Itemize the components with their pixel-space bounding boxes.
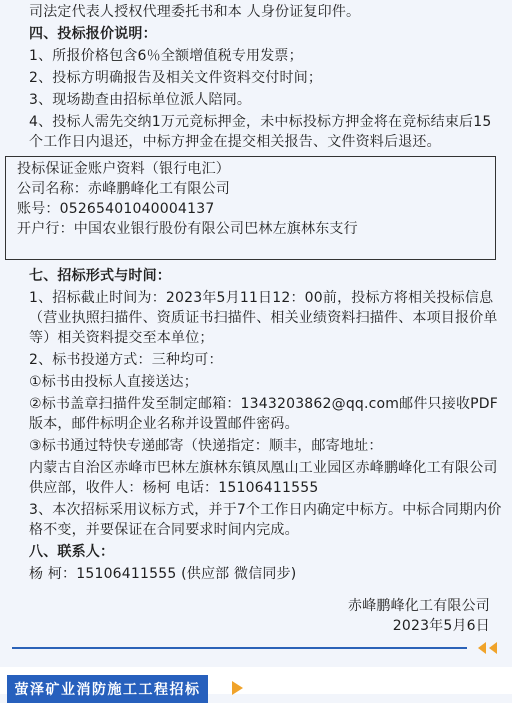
deposit-box-company: 公司名称：赤峰鹏峰化工有限公司 (17, 179, 485, 199)
section7-item-5: ③标书通过特快专递邮寄（快递指定：顺丰，邮寄地址： (29, 436, 504, 456)
tender-document: 司法定代表人授权代理委托书和本 人身份证复印件。 四、投标报价说明： 1、所报价… (0, 0, 512, 636)
deposit-account-box: 投标保证金账户资料（银行电汇） 公司名称：赤峰鹏峰化工有限公司 账号：05265… (5, 156, 496, 260)
section7-item-5-continued: 内蒙古自治区赤峰市巴林左旗林东镇凤凰山工业园区赤峰鹏峰化工有限公司供应部，收件人… (29, 458, 504, 498)
section4-item-4: 4、投标人需先交纳1万元竞标押金，未中标投标方押金将在竞标结束后15个工作日内退… (29, 112, 504, 152)
section4-item-1: 1、所报价格包含6％全额增值税专用发票； (29, 46, 504, 66)
section7-item-4: ②标书盖章扫描件发至制定邮箱：1343203862@qq.com邮件只接收PDF… (29, 394, 504, 434)
signature-date: 2023年5月6日 (29, 616, 490, 636)
separator-row (12, 644, 497, 652)
right-arrow-icon[interactable] (232, 681, 243, 695)
section4-heading: 四、投标报价说明： (29, 24, 504, 44)
signature-block: 赤峰鹏峰化工有限公司 2023年5月6日 (29, 596, 504, 636)
section7-item-3: ①标书由投标人直接送达； (29, 372, 504, 392)
left-arrow-icon (489, 642, 497, 654)
section7-item-6: 3、本次招标采用议标方式，并于7个工作日内确定中标方。中标合同期内价格不变，并要… (29, 500, 504, 540)
deposit-box-account: 账号：05265401040004137 (17, 199, 485, 219)
section4-item-3: 3、现场勘查由招标单位派人陪同。 (29, 90, 504, 110)
section7-item-1: 1、招标截止时间为：2023年5月11日12：00前，投标方将相关投标信息（营业… (29, 288, 504, 348)
section8-heading: 八、联系人： (29, 542, 504, 562)
related-tender-button[interactable]: 萤泽矿业消防施工工程招标 (7, 675, 208, 703)
intro-line: 司法定代表人授权代理委托书和本 人身份证复印件。 (29, 2, 504, 22)
contact-line: 杨 柯：15106411555 (供应部 微信同步) (29, 564, 504, 584)
separator-line (12, 647, 467, 649)
left-arrow-icon (478, 642, 486, 654)
double-left-arrow-icon[interactable] (475, 642, 497, 654)
section4-item-2: 2、投标方明确报告及相关文件资料交付时间； (29, 68, 504, 88)
section7-heading: 七、招标形式与时间： (29, 266, 504, 286)
footer-nav: 萤泽矿业消防施工工程招标 (0, 667, 512, 694)
deposit-box-bank: 开户行：中国农业银行股份有限公司巴林左旗林东支行 (17, 219, 485, 239)
signature-company: 赤峰鹏峰化工有限公司 (29, 596, 490, 616)
section7-item-2: 2、标书投递方式：三种均可： (29, 350, 504, 370)
deposit-box-title: 投标保证金账户资料（银行电汇） (17, 159, 485, 179)
